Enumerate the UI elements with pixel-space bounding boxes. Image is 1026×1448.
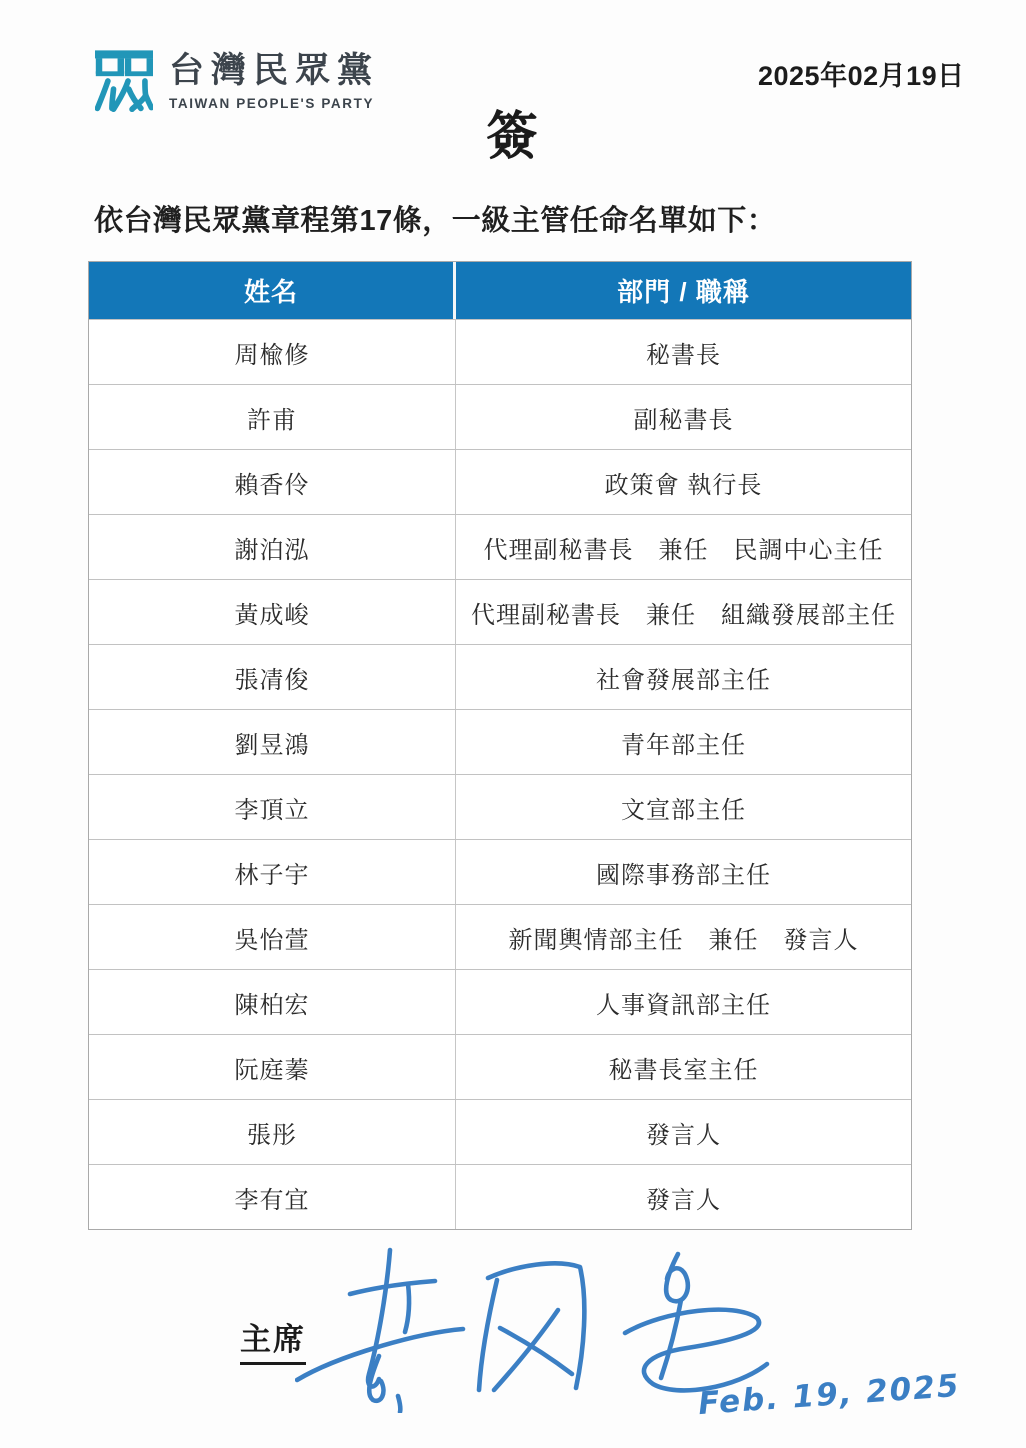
table-row: 李有宜發言人: [89, 1164, 911, 1229]
table-row: 周楡修秘書長: [89, 319, 911, 384]
party-name-zh: 台灣民眾黨: [169, 52, 379, 91]
table-row: 黃成峻代理副秘書長 兼任 組織發展部主任: [89, 579, 911, 644]
table-row: 陳柏宏人事資訊部主任: [89, 969, 911, 1034]
cell-name: 許甫: [89, 385, 456, 449]
appointment-table: 姓名 部門 / 職稱 周楡修秘書長許甫副秘書長賴香伶政策會 執行長謝泊泓代理副秘…: [88, 261, 912, 1230]
cell-name: 阮庭蓁: [89, 1035, 456, 1099]
cell-title: 政策會 執行長: [456, 450, 911, 514]
header-cell-name: 姓名: [89, 262, 456, 319]
cell-name: 陳柏宏: [89, 970, 456, 1034]
cell-title: 代理副秘書長 兼任 組織發展部主任: [456, 580, 911, 644]
cell-name: 黃成峻: [89, 580, 456, 644]
cell-title: 秘書長室主任: [456, 1035, 911, 1099]
table-row: 阮庭蓁秘書長室主任: [89, 1034, 911, 1099]
table-row: 張彤發言人: [89, 1099, 911, 1164]
table-row: 林子宇國際事務部主任: [89, 839, 911, 904]
table-row: 許甫副秘書長: [89, 384, 911, 449]
cell-title: 發言人: [456, 1165, 911, 1229]
cell-name: 林子宇: [89, 840, 456, 904]
cell-title: 秘書長: [456, 320, 911, 384]
cell-title: 人事資訊部主任: [456, 970, 911, 1034]
cell-title: 文宣部主任: [456, 775, 911, 839]
cell-title: 社會發展部主任: [456, 645, 911, 709]
cell-title: 發言人: [456, 1100, 911, 1164]
intro-text: 依台灣民眾黨章程第17條，一級主管任命名單如下：: [94, 198, 954, 239]
scanned-document-page: 台灣民眾黨 TAIWAN PEOPLE'S PARTY 2025年02月19日 …: [0, 0, 1026, 1448]
cell-title: 青年部主任: [456, 710, 911, 774]
cell-title: 國際事務部主任: [456, 840, 911, 904]
table-row: 張凊俊社會發展部主任: [89, 644, 911, 709]
cell-name: 賴香伶: [89, 450, 456, 514]
cell-name: 李頂立: [89, 775, 456, 839]
header-cell-title: 部門 / 職稱: [456, 262, 911, 319]
cell-name: 周楡修: [89, 320, 456, 384]
table-row: 李頂立文宣部主任: [89, 774, 911, 839]
cell-name: 張彤: [89, 1100, 456, 1164]
cell-title: 副秘書長: [456, 385, 911, 449]
cell-title: 代理副秘書長 兼任 民調中心主任: [456, 515, 911, 579]
document-date: 2025年02月19日: [758, 54, 998, 93]
table-row: 謝泊泓代理副秘書長 兼任 民調中心主任: [89, 514, 911, 579]
table-header-row: 姓名 部門 / 職稱: [89, 262, 911, 319]
document-title: 簽: [0, 94, 1026, 169]
table-body: 周楡修秘書長許甫副秘書長賴香伶政策會 執行長謝泊泓代理副秘書長 兼任 民調中心主…: [89, 319, 911, 1229]
table-row: 賴香伶政策會 執行長: [89, 449, 911, 514]
table-row: 劉昱鴻青年部主任: [89, 709, 911, 774]
cell-name: 謝泊泓: [89, 515, 456, 579]
cell-title: 新聞輿情部主任 兼任 發言人: [456, 905, 911, 969]
cell-name: 劉昱鴻: [89, 710, 456, 774]
cell-name: 張凊俊: [89, 645, 456, 709]
cell-name: 李有宜: [89, 1165, 456, 1229]
cell-name: 吳怡萱: [89, 905, 456, 969]
table-row: 吳怡萱新聞輿情部主任 兼任 發言人: [89, 904, 911, 969]
